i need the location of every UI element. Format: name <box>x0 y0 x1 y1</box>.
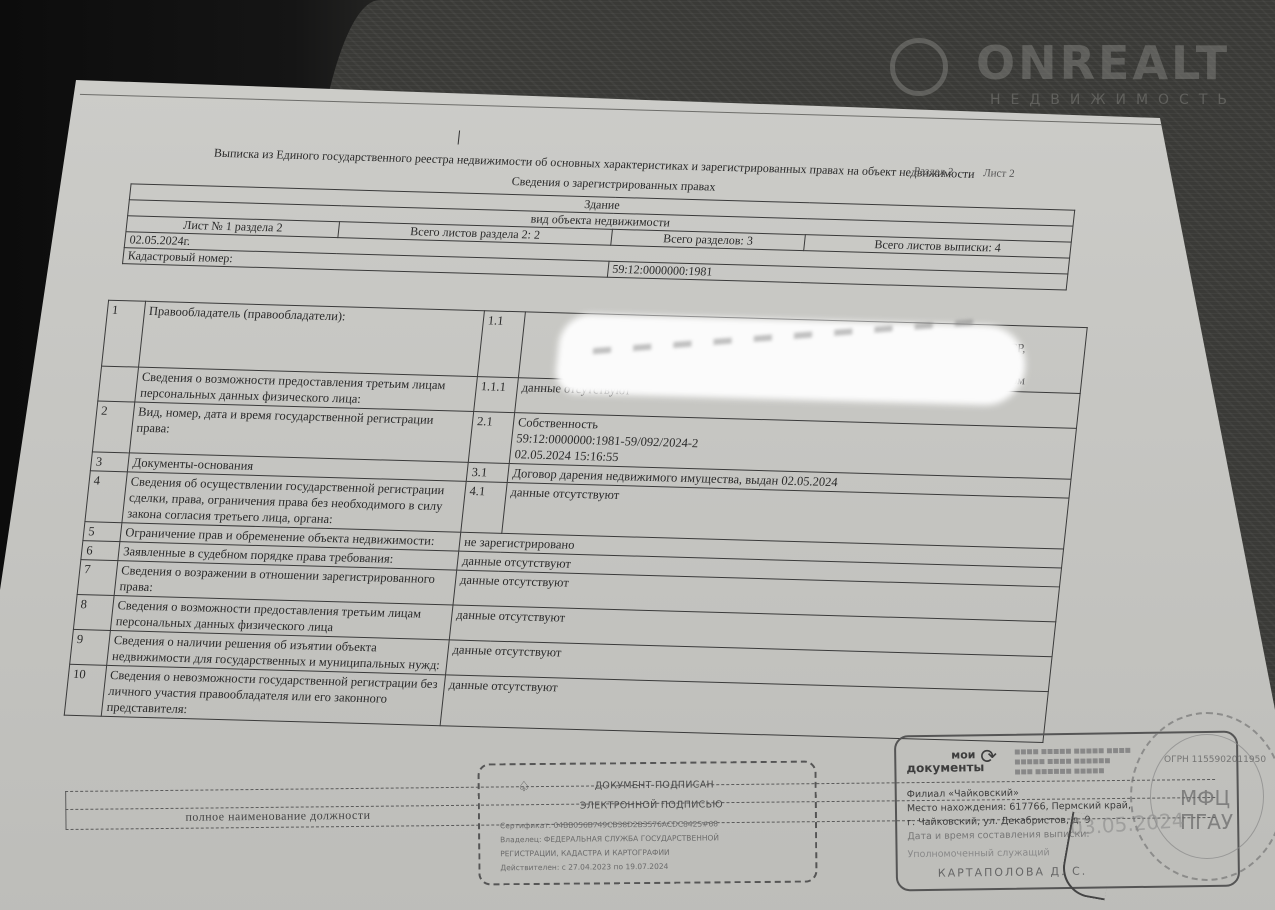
row-num: 6 <box>81 541 120 561</box>
row-num: 10 <box>64 664 106 716</box>
esign-owner: Владелец: ФЕДЕРАЛЬНАЯ СЛУЖБА ГОСУДАРСТВЕ… <box>500 833 719 844</box>
electronic-signature-stamp: ♤ ДОКУМЕНТ ПОДПИСАН ЭЛЕКТРОННОЙ ПОДПИСЬЮ… <box>477 761 817 886</box>
row-sub: 1.1 <box>477 311 525 378</box>
watermark-brand: ONREALT <box>976 36 1230 90</box>
row-sub: 2.1 <box>468 411 514 463</box>
esign-cert: Сертификат: 04BB056B749CB38D2B3576ACDC84… <box>500 819 718 830</box>
mfc-address2: г. Чайковский, ул. Декабристов, д. 9 <box>907 815 1091 829</box>
emblem-icon: ♤ <box>518 779 531 795</box>
sheet-label: Лист 2 <box>983 167 1016 180</box>
row-num <box>98 366 139 402</box>
mfc-logo-icon: ⟳ <box>980 744 997 768</box>
row-num: 4 <box>85 471 127 523</box>
house-icon <box>890 38 948 96</box>
owner-value-redacted: ртской АССР, 08, Отделом <box>518 312 1087 394</box>
faint-text: ■■■■■ ■■■■ ■■■■■■ <box>1014 756 1110 765</box>
position-caption: полное наименование должности <box>185 808 370 825</box>
row-num: 8 <box>73 594 114 630</box>
row-num: 2 <box>92 401 134 453</box>
seal-main: МФЦ ПГАУ <box>1180 786 1275 834</box>
redaction-scribble <box>558 318 1025 403</box>
esign-owner2: РЕГИСТРАЦИИ, КАДАСТРА И КАРТОГРАФИИ <box>500 848 669 858</box>
mfc-branch: Филиал «Чайковский» <box>907 788 1019 801</box>
row-num: 3 <box>90 452 129 472</box>
row-sub: 4.1 <box>461 481 507 533</box>
seal-ogrn: ОГРН 1155902011950 <box>1164 754 1266 767</box>
row-label: Правообладатель (правообладатели): <box>139 301 485 376</box>
paper-sheet: Выписка из Единого государственного реес… <box>0 0 1275 910</box>
row-label: Вид, номер, дата и время государственной… <box>129 402 473 462</box>
round-seal: ОГРН 1155902011950 МФЦ ПГАУ <box>1130 712 1275 881</box>
row-label: Сведения о невозможности государственной… <box>101 665 445 725</box>
mfc-official-label: Уполномоченный служащий <box>908 847 1050 860</box>
faint-text: ■■■■ ■■■■■ ■■■■■ ■■■■ <box>1014 746 1131 756</box>
row-num: 5 <box>83 522 122 542</box>
esign-line2: ЭЛЕКТРОННОЙ ПОДПИСЬЮ <box>580 799 723 811</box>
mfc-date-label: Дата и время составления выписки: <box>907 829 1089 843</box>
mfc-brand-bottom: документы <box>906 760 984 775</box>
row-label: Сведения об осуществлении государственно… <box>122 472 466 532</box>
faint-text: ■■■ ■■■■■■ ■■■■■ <box>1014 766 1104 775</box>
watermark-sub: НЕДВИЖИМОСТЬ <box>990 92 1237 108</box>
row-num: 7 <box>77 560 118 596</box>
section-label: Раздел 2 <box>913 165 954 178</box>
row-sub: 1.1.1 <box>474 377 519 413</box>
row-sub: 3.1 <box>466 462 509 482</box>
rights-table: 1 Правообладатель (правообладатели): 1.1… <box>64 300 1088 743</box>
esign-valid: Действителен: с 27.04.2023 по 19.07.2024 <box>500 862 668 872</box>
mfc-address1: Место нахождения: 617766, Пермский край, <box>907 800 1131 814</box>
row-num: 9 <box>70 629 111 665</box>
esign-line1: ДОКУМЕНТ ПОДПИСАН <box>595 779 714 791</box>
